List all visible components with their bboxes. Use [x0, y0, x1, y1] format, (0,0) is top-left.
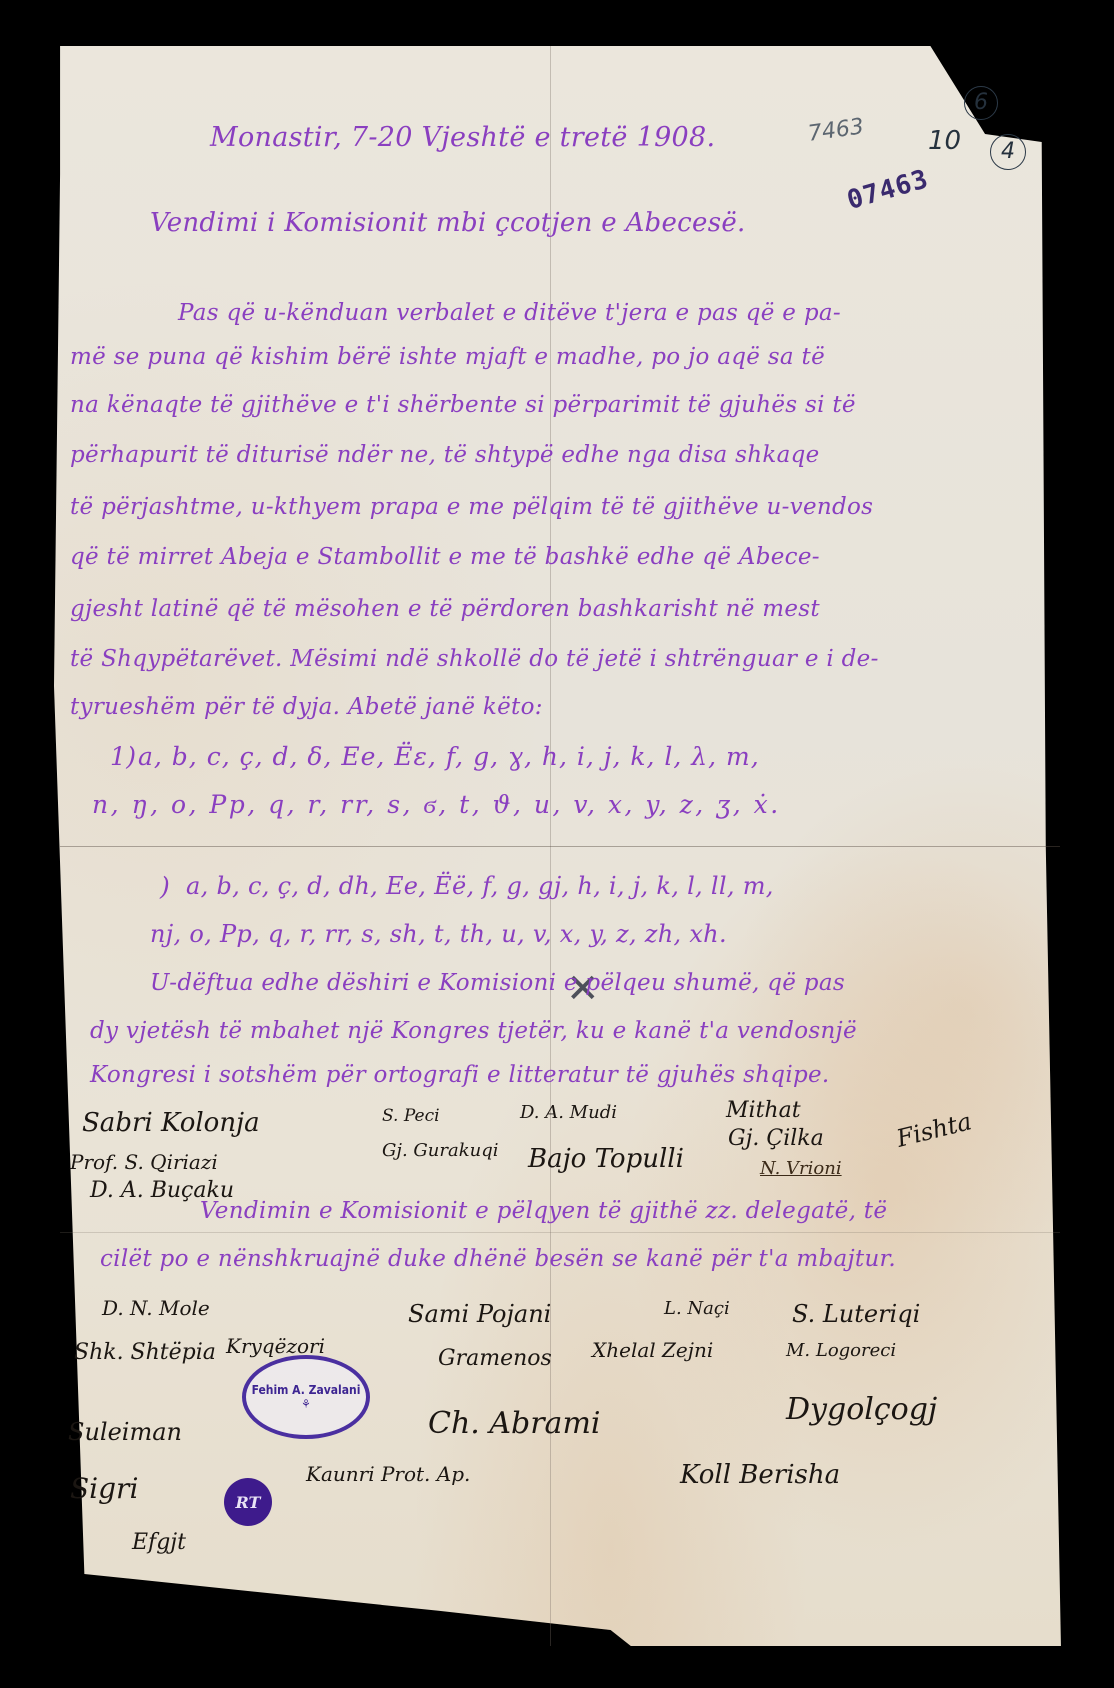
signature: Gj. Çilka: [728, 1126, 824, 1151]
closing-line-3: Kongresi i sotshëm për ortografi e litte…: [90, 1062, 830, 1088]
oval-stamp-text: Fehim A. Zavalani: [252, 1383, 361, 1397]
signature: Koll Berisha: [680, 1460, 840, 1490]
signature: Xhelal Zejni: [592, 1338, 713, 1362]
closing-line-2: dy vjetësh të mbahet një Kongres tjetër,…: [90, 1018, 857, 1044]
signature: D. A. Mudi: [520, 1102, 617, 1123]
dateline: Monastir, 7-20 Vjeshtë e tretë 1908.: [210, 122, 715, 153]
signature: Gj. Gurakuqi: [382, 1140, 499, 1161]
round-monogram-seal: RT: [224, 1478, 272, 1526]
circled-page-number-bottom: 4: [990, 134, 1026, 170]
body-line-8: të Shqypëtarëvet. Mësimi ndë shkollë do …: [70, 646, 879, 672]
signature: Bajo Topulli: [528, 1144, 684, 1174]
oval-stamp: Fehim A. Zavalani ⚘: [242, 1355, 370, 1439]
signature: Sigri: [70, 1472, 138, 1505]
signature: Prof. S. Qiriazi: [70, 1150, 218, 1174]
confirmation-line-1: Vendimin e Komisionit e pëlqyen të gjith…: [200, 1198, 887, 1224]
body-line-5: të përjashtme, u-kthyem prapa e me pëlqi…: [70, 494, 873, 520]
body-line-3: na kënaqte të gjithëve e t'i shërbente s…: [70, 392, 856, 418]
alphabet-2-line-1: a, b, c, ç, d, dh, Ee, Ëë, f, g, gj, h, …: [186, 872, 774, 900]
horizontal-fold-crease: [60, 846, 1060, 847]
signature: S. Peci: [382, 1106, 440, 1126]
signature: Shk. Shtëpia: [74, 1340, 216, 1365]
signature: Suleiman: [68, 1418, 182, 1446]
body-line-1: Pas që u-kënduan verbalet e ditëve t'jer…: [178, 300, 841, 326]
signature: Kaunri Prot. Ap.: [306, 1462, 470, 1486]
alphabet-2-line-2: nj, o, Pp, q, r, rr, s, sh, t, th, u, v,…: [150, 920, 727, 948]
body-line-9: tyrueshëm për të dyja. Abetë janë këto:: [70, 694, 543, 720]
body-line-4: përhapurit të diturisë ndër ne, të shtyp…: [70, 442, 820, 468]
alphabet-1-line-2: n, ŋ, o, Pp, q, r, rr, s, ϭ, t, ϑ, u, v,…: [92, 790, 781, 820]
oval-stamp-sub: ⚘: [301, 1397, 311, 1411]
circled-page-number-top: 6: [964, 86, 998, 120]
signature: N. Vrioni: [760, 1158, 842, 1179]
signature: Sami Pojani: [408, 1300, 551, 1328]
signature: M. Logoreci: [786, 1340, 896, 1361]
alphabet-1-label: 1): [110, 742, 136, 771]
body-line-6: që të mirret Abeja e Stambollit e me të …: [70, 544, 820, 570]
signature: Efgjt: [132, 1530, 186, 1555]
signature: Sabri Kolonja: [82, 1108, 260, 1138]
body-line-7: gjesht latinë që të mësohen e të përdore…: [70, 596, 820, 622]
signature: L. Naçi: [664, 1298, 730, 1319]
body-line-2: më se puna që kishim bërë ishte mjaft e …: [70, 344, 825, 370]
signature: Ch. Abrami: [428, 1406, 601, 1441]
confirmation-line-2: cilët po e nënshkruajnë duke dhënë besën…: [100, 1246, 896, 1272]
document-title: Vendimi i Komisionit mbi çcotjen e Abece…: [150, 208, 746, 238]
signature: S. Luteriqi: [792, 1300, 920, 1328]
signature: Dygolçogj: [786, 1392, 937, 1427]
signature: D. N. Mole: [102, 1296, 210, 1320]
signature: Mithat: [726, 1098, 801, 1123]
horizontal-fold-crease-lower: [60, 1232, 1060, 1233]
signature: Gramenos: [438, 1346, 552, 1371]
seal-monogram: RT: [236, 1493, 261, 1512]
alphabet-1-line-1: a, b, c, ç, d, δ, Ee, Ëε, f, g, ɣ, h, i,…: [138, 742, 760, 771]
closing-line-1: U-dëftua edhe dëshiri e Komisioni e pëlq…: [150, 970, 845, 996]
alphabet-2-label: ): [160, 872, 170, 901]
page-number-10: 10: [928, 126, 961, 156]
